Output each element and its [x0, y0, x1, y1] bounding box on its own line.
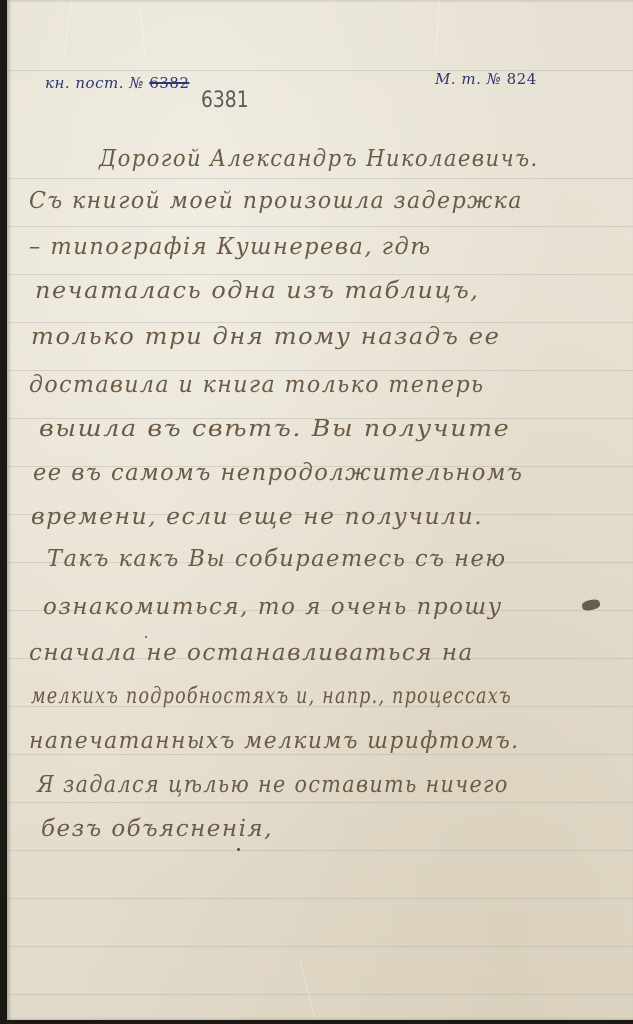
ruled-line — [7, 754, 633, 755]
paper-crease — [435, 0, 440, 55]
letter-line-salutation: Дорогой Александръ Николаевичъ. — [99, 146, 539, 172]
ink-speck — [145, 636, 147, 638]
archive-number-right: 824 — [507, 70, 537, 88]
letter-line: времени, если еще не получили. — [31, 504, 483, 530]
ruled-line — [7, 178, 633, 179]
paper-crease — [139, 5, 145, 55]
ruled-line — [7, 850, 633, 851]
ruled-line — [7, 322, 633, 323]
letter-line: только три дня тому назадъ ее — [31, 324, 500, 350]
ruled-line — [7, 802, 633, 803]
ruled-line — [7, 946, 633, 947]
letter-line: – типографія Кушнерева, гдѣ — [29, 234, 432, 260]
letter-line: ознакомиться, то я очень прошу — [43, 594, 503, 620]
ink-speck — [237, 848, 240, 851]
letter-line: вышла въ свѣтъ. Вы получите — [39, 416, 510, 442]
letter-line: ее въ самомъ непродолжительномъ — [33, 460, 523, 486]
ruled-line — [7, 70, 633, 71]
ruled-line — [7, 898, 633, 899]
scan-bottom-edge — [0, 1020, 633, 1024]
letter-line: Я задался цѣлью не оставить ничего — [37, 772, 509, 798]
ruled-line — [7, 226, 633, 227]
letter-line: Съ книгой моей произошла задержка — [29, 188, 523, 214]
ruled-line — [7, 370, 633, 371]
archive-label-right-text: М. т. № — [435, 70, 501, 88]
struck-old-number: 6382 — [149, 74, 189, 92]
letter-line: Такъ какъ Вы собираетесь съ нею — [47, 546, 507, 572]
archive-label-left: кн. пост. № 6382 — [45, 74, 189, 92]
archive-label-text: кн. пост. № — [45, 74, 144, 92]
letter-line: печаталась одна изъ таблицъ, — [35, 278, 479, 304]
letter-page: кн. пост. № 6382 6381 М. т. № 824 Дорого… — [7, 0, 633, 1020]
letter-line: напечатанныхъ мелкимъ шрифтомъ. — [29, 728, 519, 754]
ruled-line — [7, 274, 633, 275]
paper-crease — [63, 0, 72, 60]
ruled-line — [7, 994, 633, 995]
letter-line: сначала не останавливаться на — [29, 640, 474, 666]
letter-line: мелкихъ подробностяхъ и, напр., процесса… — [31, 684, 512, 709]
pencil-new-number: 6381 — [201, 88, 249, 113]
archive-label-right: М. т. № 824 — [435, 70, 537, 88]
letter-line: безъ объясненія, — [41, 816, 273, 842]
letter-line: доставила и книга только теперь — [29, 372, 485, 398]
paper-crease — [299, 961, 315, 1019]
